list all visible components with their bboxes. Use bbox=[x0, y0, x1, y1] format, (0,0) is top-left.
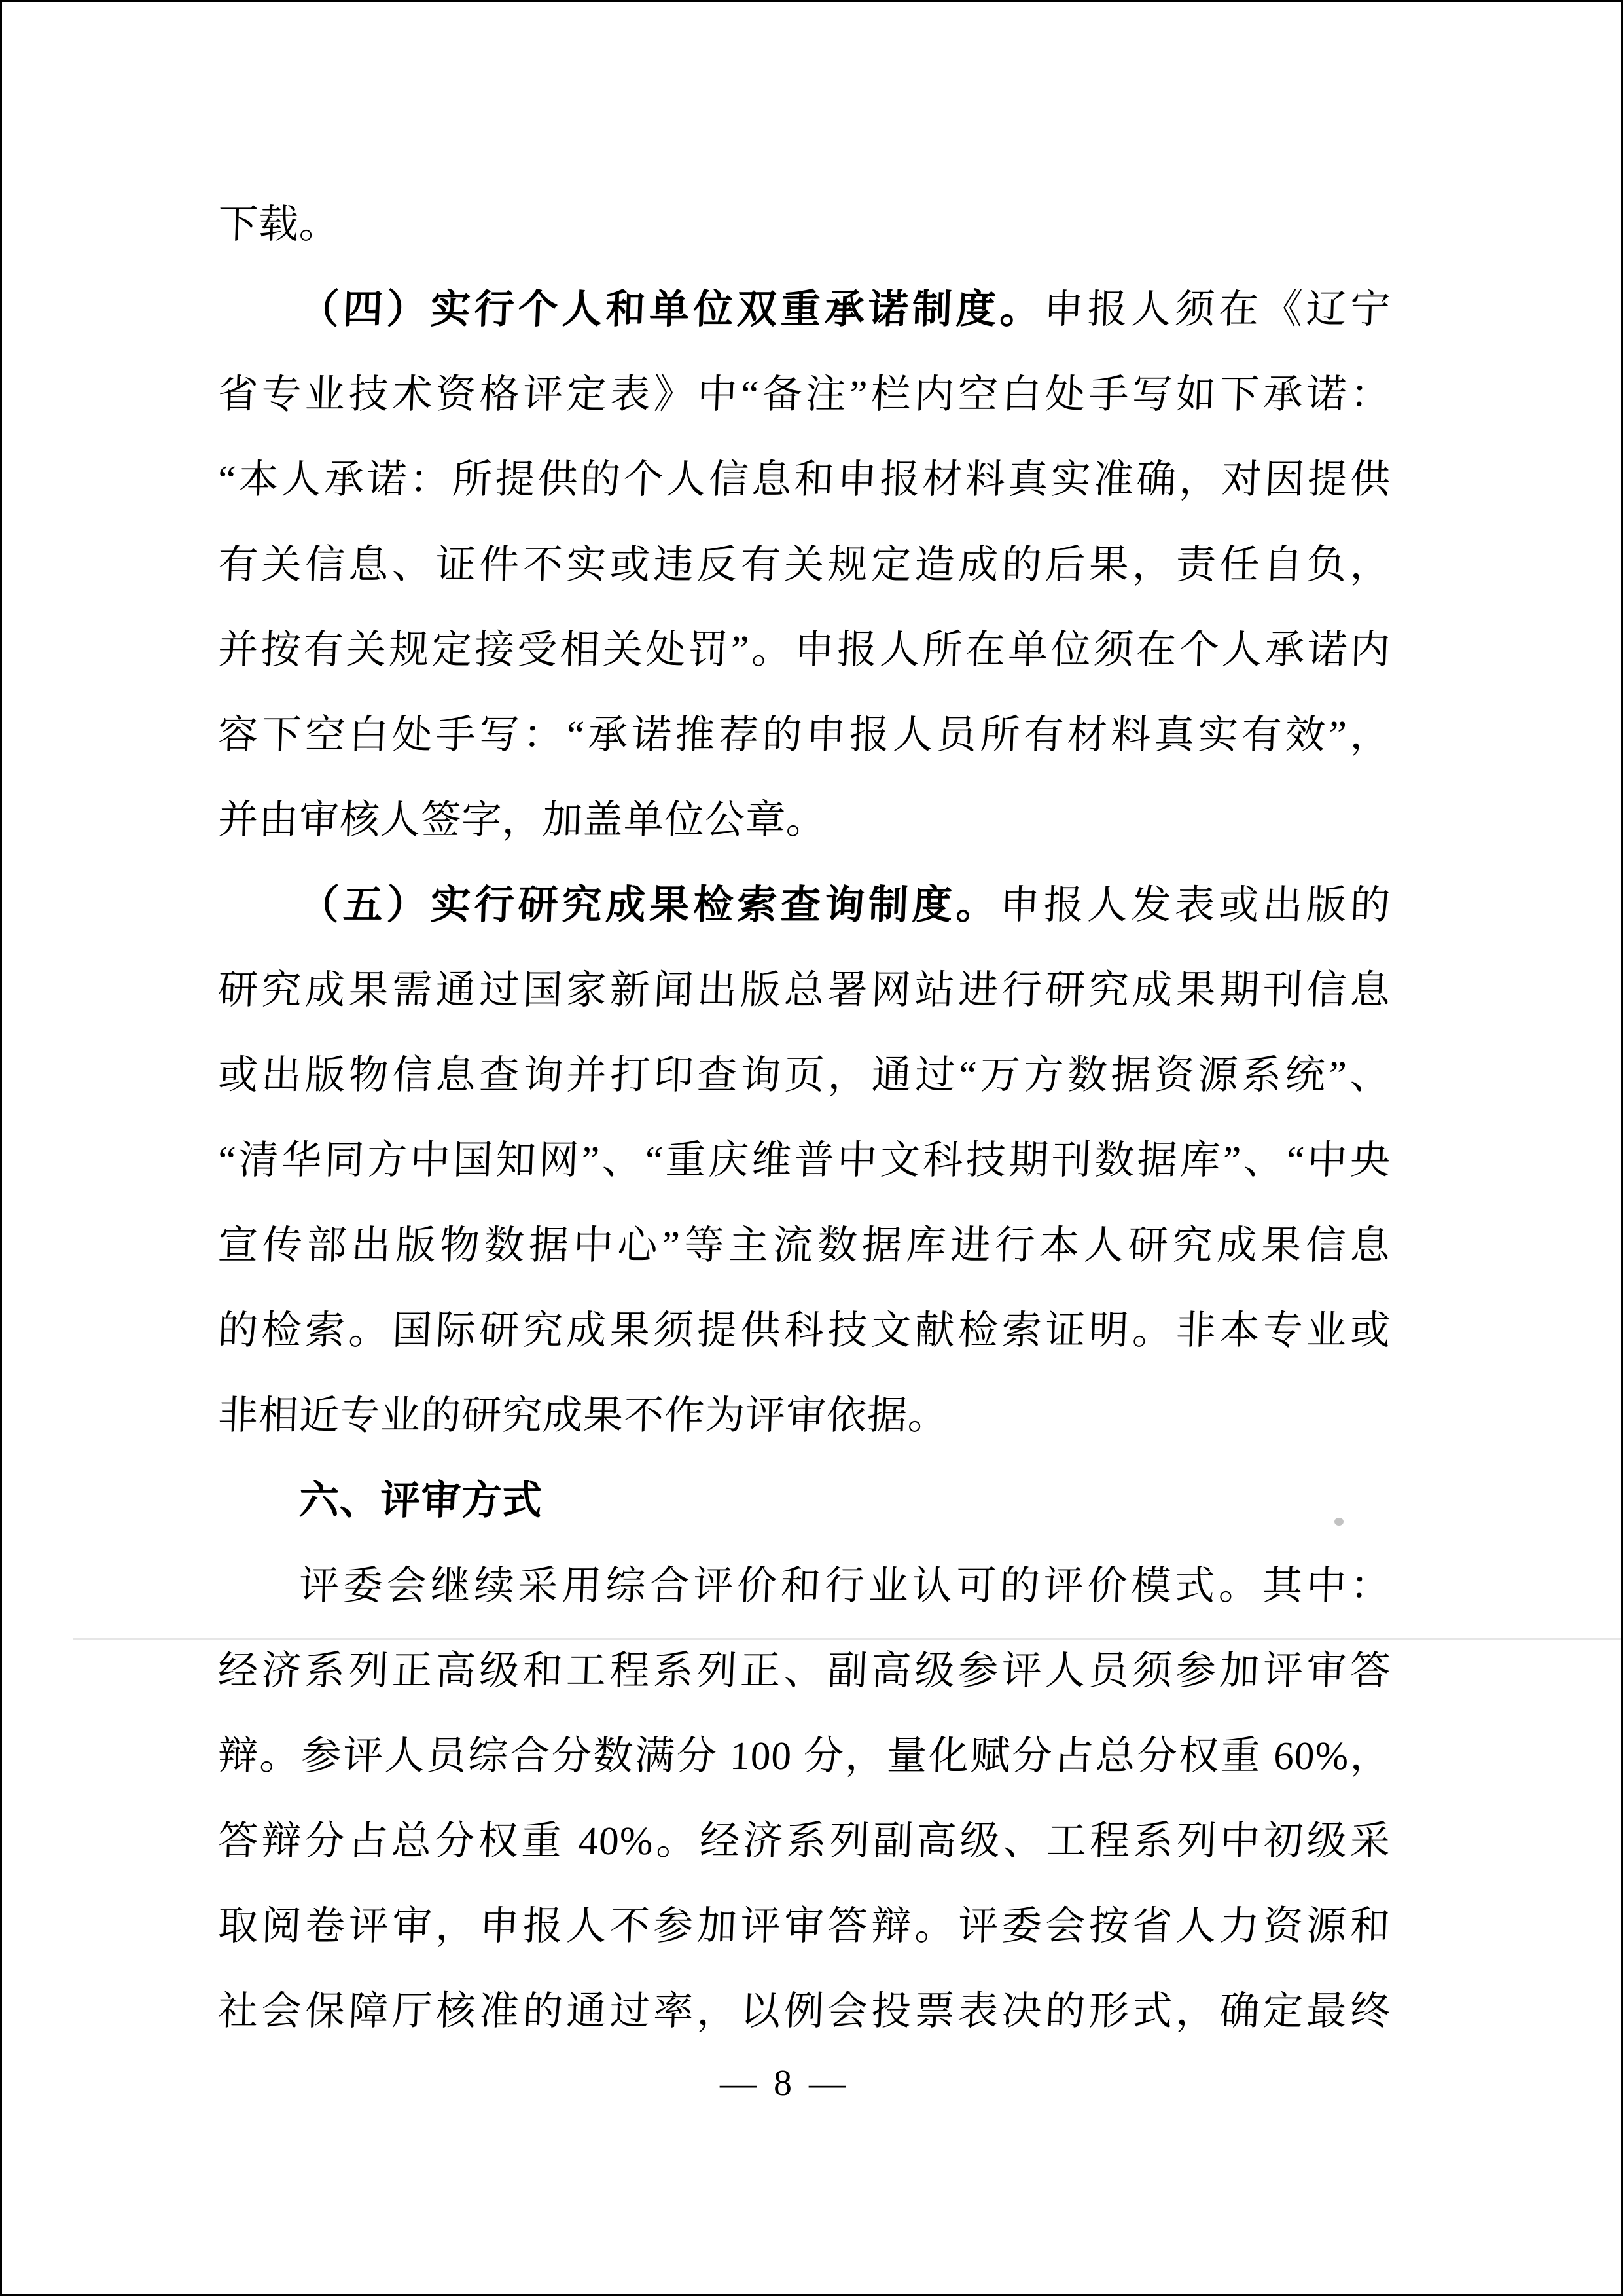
section-heading: 六、评审方式 bbox=[217, 1459, 1393, 1544]
text-run: 经济系列正高级和工程系列正、副高级参评人员须参加评审答 bbox=[217, 1649, 1391, 1693]
text-run: 下载。 bbox=[217, 203, 340, 247]
text-line: “清华同方中国知网”、“重庆维普中文科技期刊数据库”、“中央 bbox=[217, 1119, 1393, 1204]
text-line: “本人承诺：所提供的个人信息和申报材料真实准确，对因提供 bbox=[217, 438, 1393, 523]
text-line: 辩。参评人员综合分数满分 100 分，量化赋分占总分权重 60%， bbox=[217, 1714, 1393, 1799]
page-footer: — 8 — bbox=[2, 2062, 1567, 2104]
text-line: 社会保障厅核准的通过率，以例会投票表决的形式，确定最终 bbox=[217, 1969, 1393, 2054]
text-run: 有关信息、证件不实或违反有关规定造成的后果，责任自负， bbox=[217, 543, 1391, 587]
text-line: 研究成果需通过国家新闻出版总署网站进行研究成果期刊信息 bbox=[217, 948, 1393, 1033]
text-run: 容下空白处手写：“承诺推荐的申报人员所有材料真实有效”， bbox=[217, 713, 1391, 757]
text-line: 并由审核人签字，加盖单位公章。 bbox=[217, 778, 1393, 863]
text-run: 答辩分占总分权重 40%。经济系列副高级、工程系列中初级采 bbox=[217, 1820, 1391, 1863]
text-line: 容下空白处手写：“承诺推荐的申报人员所有材料真实有效”， bbox=[217, 693, 1393, 778]
text-run: 的检索。国际研究成果须提供科技文献检索证明。非本专业或 bbox=[217, 1309, 1391, 1353]
bold-run: 六、评审方式 bbox=[298, 1479, 543, 1523]
text-line: 下载。 bbox=[217, 183, 1393, 268]
scan-artifact-line bbox=[73, 1638, 1623, 1640]
scan-artifact-speck bbox=[1334, 1518, 1344, 1526]
text-run: 宣传部出版物数据中心”等主流数据库进行本人研究成果信息 bbox=[217, 1224, 1391, 1268]
text-run: 或出版物信息查询并打印查询页，通过“万方数据资源系统”、 bbox=[217, 1054, 1391, 1098]
text-line: 取阅卷评审，申报人不参加评审答辩。评委会按省人力资源和 bbox=[217, 1884, 1393, 1969]
text-line: 评委会继续采用综合评价和行业认可的评价模式。其中： bbox=[217, 1544, 1393, 1629]
text-line: 宣传部出版物数据中心”等主流数据库进行本人研究成果信息 bbox=[217, 1204, 1393, 1289]
text-line: （五）实行研究成果检索查询制度。申报人发表或出版的 bbox=[217, 863, 1393, 948]
text-line: 或出版物信息查询并打印查询页，通过“万方数据资源系统”、 bbox=[217, 1033, 1393, 1119]
text-run: 并由审核人签字，加盖单位公章。 bbox=[217, 798, 827, 842]
text-run: 辩。参评人员综合分数满分 100 分，量化赋分占总分权重 60%， bbox=[217, 1734, 1391, 1778]
bold-run: （五）实行研究成果检索查询制度。 bbox=[298, 884, 1001, 927]
text-run: 研究成果需通过国家新闻出版总署网站进行研究成果期刊信息 bbox=[217, 969, 1391, 1013]
text-line: 的检索。国际研究成果须提供科技文献检索证明。非本专业或 bbox=[217, 1289, 1393, 1374]
text-run: 非相近专业的研究成果不作为评审依据。 bbox=[217, 1394, 949, 1438]
text-run: 评委会继续采用综合评价和行业认可的评价模式。其中： bbox=[298, 1564, 1391, 1608]
text-run: “本人承诺：所提供的个人信息和申报材料真实准确，对因提供 bbox=[217, 458, 1391, 502]
text-line: 经济系列正高级和工程系列正、副高级参评人员须参加评审答 bbox=[217, 1629, 1393, 1714]
text-run: 省专业技术资格评定表》中“备注”栏内空白处手写如下承诺： bbox=[217, 373, 1391, 417]
text-line: 答辩分占总分权重 40%。经济系列副高级、工程系列中初级采 bbox=[217, 1799, 1393, 1884]
text-run: 取阅卷评审，申报人不参加评审答辩。评委会按省人力资源和 bbox=[217, 1905, 1391, 1948]
page-number: — 8 — bbox=[720, 2063, 849, 2104]
text-run: 社会保障厅核准的通过率，以例会投票表决的形式，确定最终 bbox=[217, 1990, 1391, 2034]
text-run: 申报人须在《辽宁 bbox=[1043, 288, 1391, 332]
body-text: 下载。（四）实行个人和单位双重承诺制度。申报人须在《辽宁省专业技术资格评定表》中… bbox=[218, 183, 1391, 2054]
bold-run: （四）实行个人和单位双重承诺制度。 bbox=[298, 288, 1044, 332]
text-run: 申报人发表或出版的 bbox=[999, 884, 1392, 927]
text-run: 并按有关规定接受相关处罚”。申报人所在单位须在个人承诺内 bbox=[217, 628, 1391, 672]
text-line: 非相近专业的研究成果不作为评审依据。 bbox=[217, 1374, 1393, 1459]
document-page: 下载。（四）实行个人和单位双重承诺制度。申报人须在《辽宁省专业技术资格评定表》中… bbox=[0, 0, 1623, 2296]
text-line: 并按有关规定接受相关处罚”。申报人所在单位须在个人承诺内 bbox=[217, 608, 1393, 693]
text-line: （四）实行个人和单位双重承诺制度。申报人须在《辽宁 bbox=[217, 268, 1393, 353]
text-line: 有关信息、证件不实或违反有关规定造成的后果，责任自负， bbox=[217, 523, 1393, 608]
text-line: 省专业技术资格评定表》中“备注”栏内空白处手写如下承诺： bbox=[217, 353, 1393, 438]
text-run: “清华同方中国知网”、“重庆维普中文科技期刊数据库”、“中央 bbox=[217, 1139, 1391, 1183]
